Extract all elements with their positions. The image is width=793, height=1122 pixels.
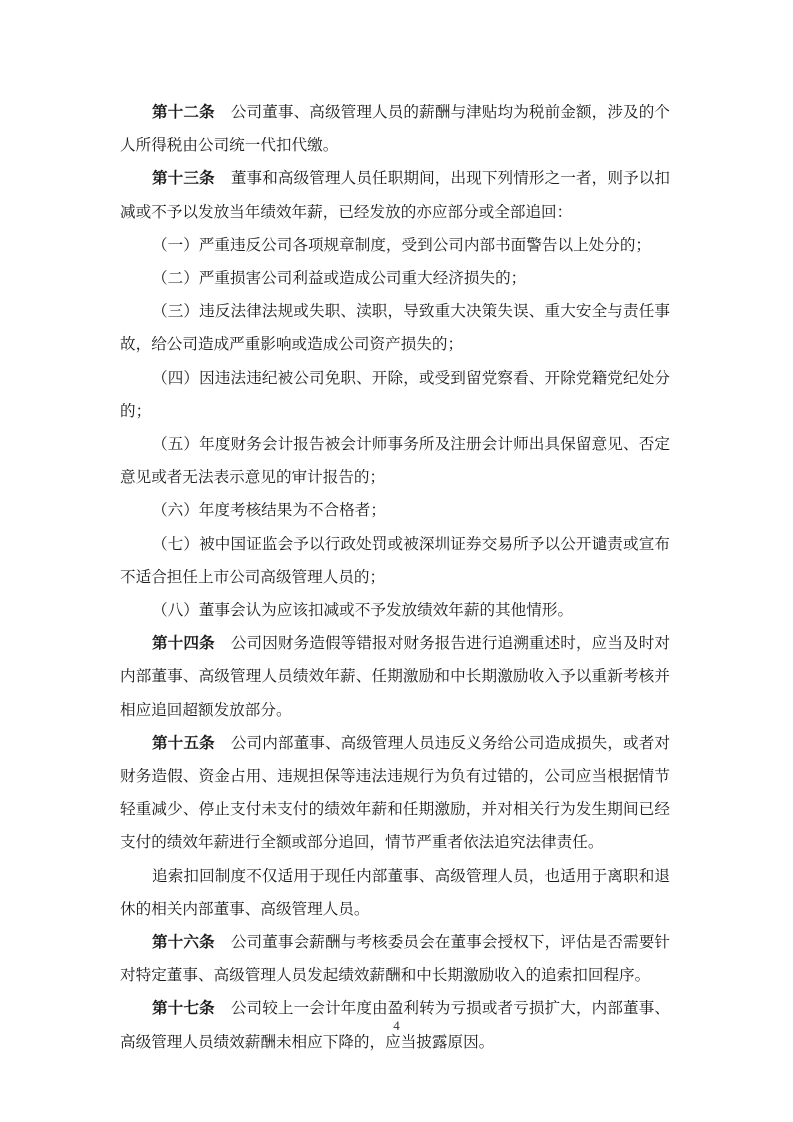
article-heading: 第十二条 — [152, 103, 215, 121]
clawback-scope-paragraph: 追索扣回制度不仅适用于现任内部董事、高级管理人员，也适用于离职和退休的相关内部董… — [120, 860, 670, 926]
article-heading: 第十六条 — [152, 933, 215, 951]
article-heading: 第十五条 — [152, 734, 215, 752]
list-item-3: （三）违反法律法规或失职、渎职，导致重大决策失误、重大安全与责任事故，给公司造成… — [120, 295, 670, 361]
article-heading: 第十七条 — [152, 999, 215, 1017]
list-item-6: （六）年度考核结果为不合格者； — [120, 494, 670, 527]
list-item-1: （一）严重违反公司各项规章制度，受到公司内部书面警告以上处分的； — [120, 229, 670, 262]
article-13: 第十三条董事和高级管理人员任职期间，出现下列情形之一者，则予以扣减或不予以发放当… — [120, 162, 670, 228]
article-16: 第十六条公司董事会薪酬与考核委员会在董事会授权下，评估是否需要针对特定董事、高级… — [120, 926, 670, 992]
article-heading: 第十四条 — [152, 634, 215, 652]
list-item-5: （五）年度财务会计报告被会计师事务所及注册会计师出具保留意见、否定意见或者无法表… — [120, 428, 670, 494]
article-12: 第十二条公司董事、高级管理人员的薪酬与津贴均为税前金额，涉及的个人所得税由公司统… — [120, 96, 670, 162]
article-15: 第十五条公司内部董事、高级管理人员违反义务给公司造成损失，或者对财务造假、资金占… — [120, 727, 670, 860]
document-body: 第十二条公司董事、高级管理人员的薪酬与津贴均为税前金额，涉及的个人所得税由公司统… — [120, 96, 670, 1059]
article-14: 第十四条公司因财务造假等错报对财务报告进行追溯重述时，应当及时对内部董事、高级管… — [120, 627, 670, 727]
page-number: 4 — [0, 1018, 793, 1034]
list-item-4: （四）因违法违纪被公司免职、开除，或受到留党察看、开除党籍党纪处分的； — [120, 362, 670, 428]
list-item-7: （七）被中国证监会予以行政处罚或被深圳证券交易所予以公开谴责或宣布不适合担任上市… — [120, 528, 670, 594]
list-item-2: （二）严重损害公司利益或造成公司重大经济损失的； — [120, 262, 670, 295]
article-heading: 第十三条 — [152, 169, 215, 187]
list-item-8: （八）董事会认为应该扣减或不予发放绩效年薪的其他情形。 — [120, 594, 670, 627]
